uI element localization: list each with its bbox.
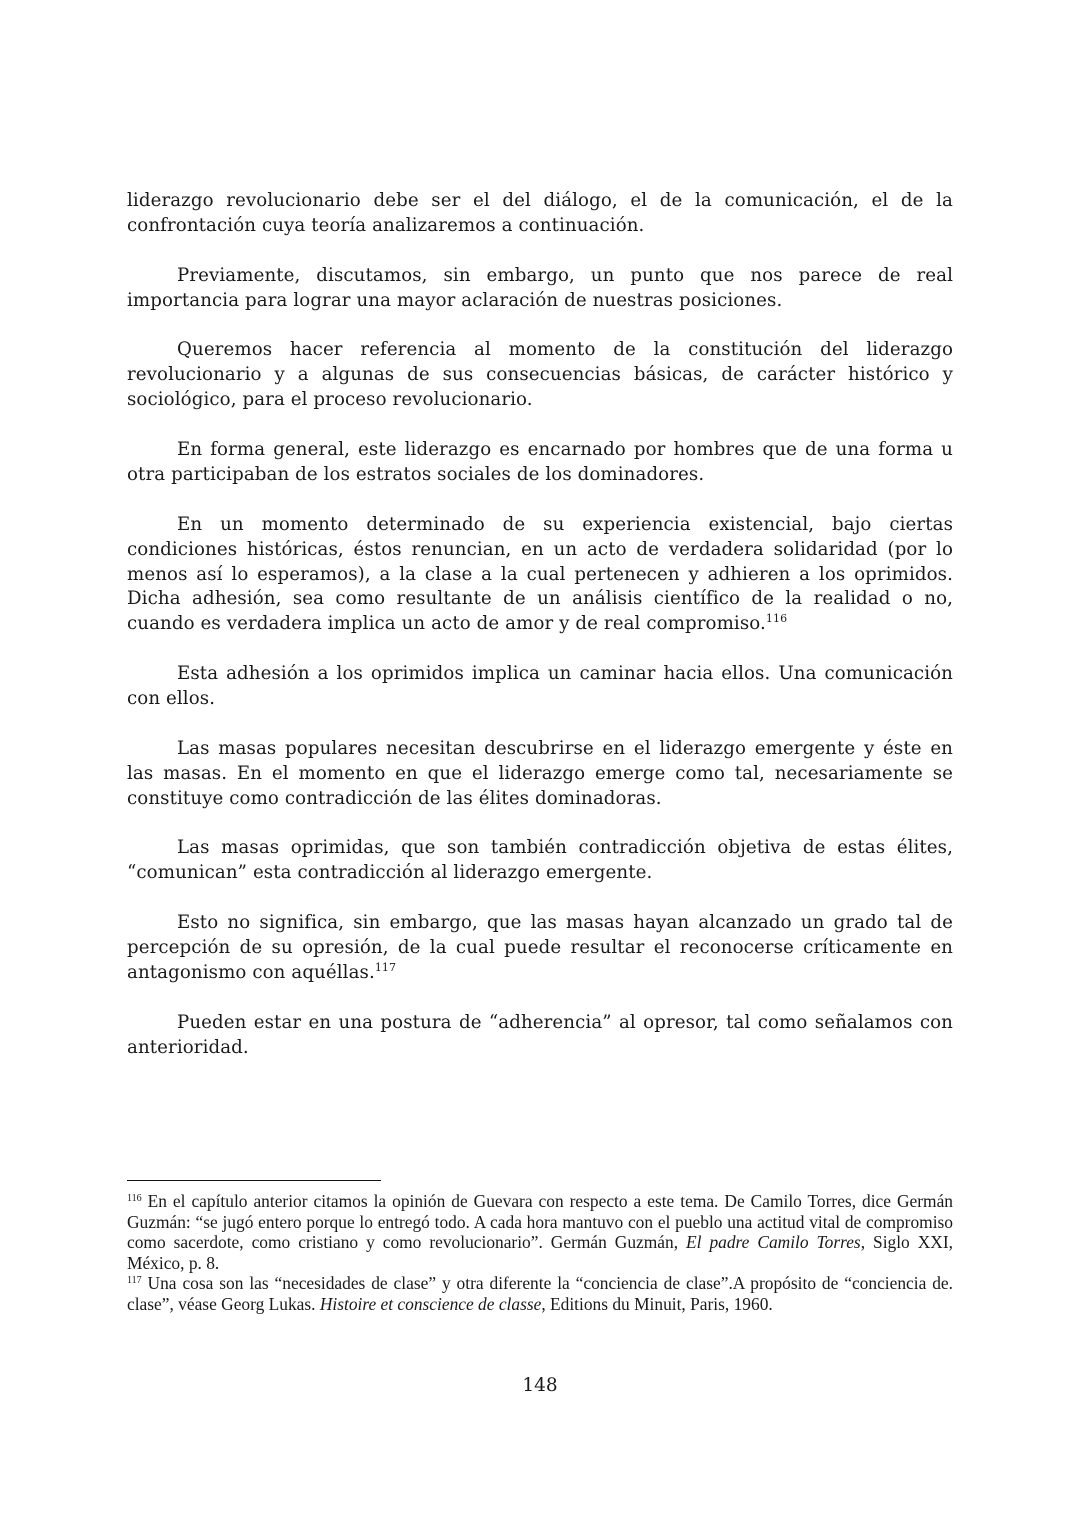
paragraph-9: Esto no significa, sin embargo, que las … xyxy=(127,911,953,986)
paragraph-text: Previamente, discutamos, sin embargo, un… xyxy=(127,265,953,311)
page-number: 148 xyxy=(0,1374,1080,1398)
paragraph-text: Las masas populares necesitan descubrirs… xyxy=(127,738,953,809)
footnote-ref-116[interactable]: 116 xyxy=(766,612,787,625)
paragraph-1: liderazgo revolucionario debe ser el del… xyxy=(127,189,953,239)
footnote-number: 117 xyxy=(127,1275,142,1286)
paragraph-text: En forma general, este liderazgo es enca… xyxy=(127,439,953,485)
paragraph-7: Las masas populares necesitan descubrirs… xyxy=(127,737,953,812)
paragraph-text: Las masas oprimidas, que son también con… xyxy=(127,837,953,883)
paragraph-text: Queremos hacer referencia al momento de … xyxy=(127,339,953,410)
paragraph-4: En forma general, este liderazgo es enca… xyxy=(127,438,953,488)
paragraph-5: En un momento determinado de su experien… xyxy=(127,513,953,638)
body-text: liderazgo revolucionario debe ser el del… xyxy=(127,189,953,1061)
paragraph-6: Esta adhesión a los oprimidos implica un… xyxy=(127,662,953,712)
book-title: Histoire et conscience de classe xyxy=(320,1294,542,1314)
footnotes: 116 En el capítulo anterior citamos la o… xyxy=(127,1191,953,1315)
paragraph-text: Esta adhesión a los oprimidos implica un… xyxy=(127,663,953,709)
paragraph-10: Pueden estar en una postura de “adherenc… xyxy=(127,1011,953,1061)
footnote-117: 117 Una cosa son las “necesidades de cla… xyxy=(127,1273,953,1314)
footnote-separator xyxy=(127,1180,381,1181)
footnote-number: 116 xyxy=(127,1193,142,1204)
footnote-ref-117[interactable]: 117 xyxy=(375,961,396,974)
paragraph-text: Esto no significa, sin embargo, que las … xyxy=(127,912,953,983)
paragraph-text: liderazgo revolucionario debe ser el del… xyxy=(127,190,953,236)
book-title: El padre Camilo Torres xyxy=(686,1232,861,1252)
footnote-text: , Editions du Minuit, Paris, 1960. xyxy=(541,1294,772,1314)
paragraph-8: Las masas oprimidas, que son también con… xyxy=(127,836,953,886)
paragraph-text: Pueden estar en una postura de “adherenc… xyxy=(127,1012,953,1058)
paragraph-2: Previamente, discutamos, sin embargo, un… xyxy=(127,264,953,314)
footnote-116: 116 En el capítulo anterior citamos la o… xyxy=(127,1191,953,1273)
paragraph-3: Queremos hacer referencia al momento de … xyxy=(127,338,953,413)
paragraph-text: En un momento determinado de su experien… xyxy=(127,514,953,635)
